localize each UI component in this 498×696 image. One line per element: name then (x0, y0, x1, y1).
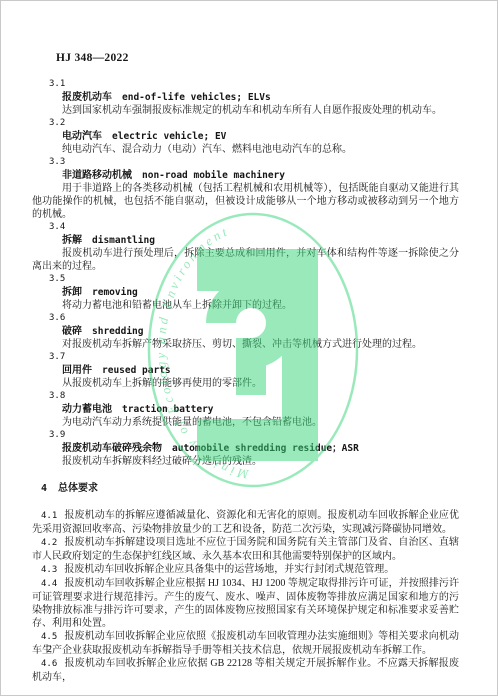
term-en: dismantling (92, 235, 155, 246)
term-block: 3.8 动力蓄电池traction battery 为电动汽车动力系统提供能量的… (32, 390, 459, 429)
term-definition: 对报废机动车拆解产物采取挤压、剪切、撕裂、冲击等机械方式进行处理的过程。 (32, 338, 459, 351)
term-en: electric vehicle; EV (112, 131, 226, 142)
term-cn: 非道路移动机械 (62, 170, 132, 181)
term-definition: 纯电动汽车、混合动力（电动）汽车、燃料电池电动汽车的总称。 (32, 143, 459, 156)
term-heading: 报废机动车end-of-life vehicles; ELVs (32, 91, 459, 104)
term-cn: 报废机动车破碎残余物 (62, 443, 162, 454)
term-heading: 动力蓄电池traction battery (32, 403, 459, 416)
term-heading: 报废机动车破碎残余物automobile shredding residue；A… (32, 442, 459, 455)
term-cn: 拆卸 (62, 287, 82, 298)
term-heading: 非道路移动机械non-road mobile machinery (32, 169, 459, 182)
term-heading: 破碎shredding (32, 325, 459, 338)
term-definition: 为电动汽车动力系统提供能量的蓄电池，不包含铅蓄电池。 (32, 416, 459, 429)
term-cn: 动力蓄电池 (62, 404, 112, 415)
clause-number: 4.3 (41, 565, 57, 575)
page-number: 2 (47, 644, 52, 655)
section-number: 4 (41, 483, 47, 494)
document-body: 3.1 报废机动车end-of-life vehicles; ELVs 达到国家… (32, 78, 459, 684)
term-block: 3.1 报废机动车end-of-life vehicles; ELVs 达到国家… (32, 78, 459, 117)
term-definition: 达到国家机动车强制报废标准规定的机动车和机动车所有人自愿作报废处理的机动车。 (32, 104, 459, 117)
term-cn: 回用件 (62, 365, 92, 376)
clause-number: 4.1 (41, 511, 57, 521)
section-heading: 4总体要求 (32, 482, 459, 495)
term-block: 3.2 电动汽车electric vehicle; EV 纯电动汽车、混合动力（… (32, 117, 459, 156)
term-block: 3.3 非道路移动机械non-road mobile machinery 用于非… (32, 156, 459, 221)
clause-text: 报废机动车回收拆解企业应依据 GB 22128 等相关规定开展拆解作业。不应露天… (32, 658, 459, 683)
term-cn: 报废机动车 (62, 92, 112, 103)
term-number: 3.1 (32, 78, 459, 91)
clause: 4.3报废机动车回收拆解企业应具备集中的运营场地，并实行封闭式规范管理。 (32, 563, 459, 577)
term-cn: 电动汽车 (62, 131, 102, 142)
term-en: automobile shredding residue；ASR (172, 443, 359, 454)
clause-number: 4.2 (41, 538, 57, 548)
clause-text: 报废机动车回收拆解企业应依照《报废机动车回收管理办法实施细则》等相关要求向机动车… (32, 631, 459, 656)
clause: 4.5报废机动车回收拆解企业应依照《报废机动车回收管理办法实施细则》等相关要求向… (32, 630, 459, 657)
term-heading: 电动汽车electric vehicle; EV (32, 130, 459, 143)
term-number: 3.2 (32, 117, 459, 130)
term-definition: 报废机动车进行预处理后，拆除主要总成和回用件，并对车体和结构件等逐一拆除使之分离… (32, 247, 459, 273)
term-block: 3.4 拆解dismantling 报废机动车进行预处理后，拆除主要总成和回用件… (32, 221, 459, 273)
term-heading: 拆解dismantling (32, 234, 459, 247)
term-number: 3.5 (32, 273, 459, 286)
term-en: non-road mobile machinery (142, 170, 285, 181)
term-en: traction battery (122, 404, 214, 415)
term-number: 3.7 (32, 351, 459, 364)
term-heading: 拆卸removing (32, 286, 459, 299)
term-definition: 从报废机动车上拆解的能够再使用的零部件。 (32, 377, 459, 390)
term-block: 3.7 回用件reused parts 从报废机动车上拆解的能够再使用的零部件。 (32, 351, 459, 390)
term-number: 3.9 (32, 429, 459, 442)
clause: 4.4报废机动车回收拆解企业应根据 HJ 1034、HJ 1200 等规定取得排… (32, 577, 459, 630)
clause-number: 4.4 (41, 579, 57, 589)
clause: 4.6报废机动车回收拆解企业应依据 GB 22128 等相关规定开展拆解作业。不… (32, 657, 459, 684)
clause-text: 报废机动车回收拆解企业应根据 HJ 1034、HJ 1200 等规定取得排污许可… (32, 578, 459, 629)
section-title: 总体要求 (58, 483, 98, 494)
term-cn: 拆解 (62, 235, 82, 246)
clause-number: 4.5 (41, 632, 57, 642)
term-definition: 报废机动车拆解废料经过破碎分选后的残渣。 (32, 455, 459, 468)
clause-number: 4.6 (41, 659, 57, 669)
clause: 4.2报废机动车拆解建设项目选址不应位于国务院和国务院有关主管部门及省、自治区、… (32, 536, 459, 563)
clause-text: 报废机动车的拆解应遵循减量化、资源化和无害化的原则。报废机动车回收拆解企业应优先… (32, 510, 459, 535)
term-en: reused parts (102, 365, 171, 376)
clause-text: 报废机动车拆解建设项目选址不应位于国务院和国务院有关主管部门及省、自治区、直辖市… (32, 537, 459, 562)
term-heading: 回用件reused parts (32, 364, 459, 377)
term-block: 3.5 拆卸removing 将动力蓄电池和铅蓄电池从车上拆除并卸下的过程。 (32, 273, 459, 312)
term-block: 3.6 破碎shredding 对报废机动车拆解产物采取挤压、剪切、撕裂、冲击等… (32, 312, 459, 351)
term-number: 3.6 (32, 312, 459, 325)
term-definition: 将动力蓄电池和铅蓄电池从车上拆除并卸下的过程。 (32, 299, 459, 312)
term-en: removing (92, 287, 138, 298)
term-block: 3.9 报废机动车破碎残余物automobile shredding resid… (32, 429, 459, 468)
clause-text: 报废机动车回收拆解企业应具备集中的运营场地，并实行封闭式规范管理。 (64, 564, 394, 575)
clause: 4.1报废机动车的拆解应遵循减量化、资源化和无害化的原则。报废机动车回收拆解企业… (32, 509, 459, 536)
term-definition: 用于非道路上的各类移动机械（包括工程机械和农用机械等），包括既能自驱动又能进行其… (32, 182, 459, 221)
term-en: end-of-life vehicles; ELVs (122, 92, 271, 103)
term-en: shredding (92, 326, 143, 337)
term-number: 3.4 (32, 221, 459, 234)
document-page: HJ 348—2022 3.1 报废机动车end-of-life vehicle… (0, 0, 498, 696)
term-cn: 破碎 (62, 326, 82, 337)
standard-number-header: HJ 348—2022 (56, 52, 129, 64)
term-number: 3.8 (32, 390, 459, 403)
term-number: 3.3 (32, 156, 459, 169)
